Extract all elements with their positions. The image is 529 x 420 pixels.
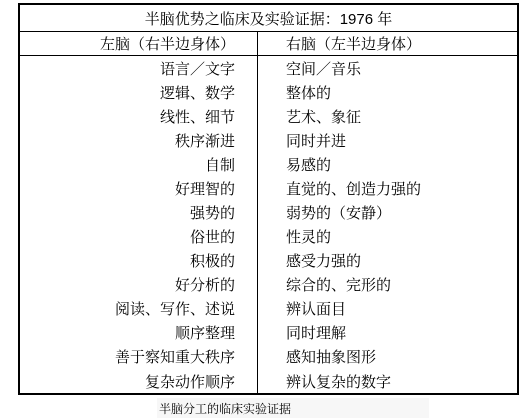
table-row: 善于察知重大秩序感知抽象图形 [20,345,517,369]
table-row: 俗世的性灵的 [20,225,517,249]
right-brain-column-header-cell: 右脑（左半边身体） [258,32,517,55]
right-brain-cell: 综合的、完形的 [258,273,517,297]
table-body: 语言／文字空间／音乐逻辑、数学整体的线性、细节艺术、象征秩序渐进同时并进自制易感… [20,56,517,393]
hemisphere-evidence-table: 半脑优势之临床及实验证据：1976 年 左脑（右半边身体） 右脑（左半边身体） … [18,3,519,395]
right-brain-cell: 感受力强的 [258,249,517,273]
table-row: 复杂动作顺序辨认复杂的数字 [20,369,517,393]
right-brain-cell: 弱势的（安静） [258,200,517,224]
table-title-row: 半脑优势之临床及实验证据：1976 年 [20,5,517,32]
left-brain-column-header-cell: 左脑（右半边身体） [20,32,258,55]
left-brain-cell: 好分析的 [20,273,258,297]
left-brain-cell: 秩序渐进 [20,128,258,152]
left-brain-cell: 自制 [20,152,258,176]
left-brain-cell: 逻辑、数学 [20,80,258,104]
left-brain-cell: 好理智的 [20,176,258,200]
right-brain-column-header: 右脑（左半边身体） [286,33,421,54]
right-brain-cell: 易感的 [258,152,517,176]
right-brain-cell: 直觉的、创造力强的 [258,176,517,200]
table-row: 语言／文字空间／音乐 [20,56,517,80]
right-brain-cell: 同时并进 [258,128,517,152]
table-row: 强势的弱势的（安静） [20,200,517,224]
table-header-row: 左脑（右半边身体） 右脑（左半边身体） [20,32,517,56]
left-brain-cell: 强势的 [20,200,258,224]
right-brain-cell: 艺术、象征 [258,104,517,128]
right-brain-cell: 辨认复杂的数字 [258,369,517,393]
left-brain-cell: 俗世的 [20,225,258,249]
right-brain-cell: 辨认面目 [258,297,517,321]
left-brain-cell: 复杂动作顺序 [20,369,258,393]
table-row: 顺序整理同时理解 [20,321,517,345]
left-brain-cell: 阅读、写作、述说 [20,297,258,321]
right-brain-cell: 同时理解 [258,321,517,345]
left-brain-cell: 语言／文字 [20,56,258,80]
left-brain-column-header: 左脑（右半边身体） [100,33,235,54]
left-brain-cell: 顺序整理 [20,321,258,345]
table-row: 好分析的综合的、完形的 [20,273,517,297]
table-row: 逻辑、数学整体的 [20,80,517,104]
right-brain-cell: 性灵的 [258,225,517,249]
table-caption: 半脑分工的临床实验证据 [157,400,291,417]
right-brain-cell: 整体的 [258,80,517,104]
table-row: 阅读、写作、述说辨认面目 [20,297,517,321]
table-row: 线性、细节艺术、象征 [20,104,517,128]
table-row: 秩序渐进同时并进 [20,128,517,152]
left-brain-cell: 积极的 [20,249,258,273]
table-row: 自制易感的 [20,152,517,176]
left-brain-cell: 善于察知重大秩序 [20,345,258,369]
right-brain-cell: 感知抽象图形 [258,345,517,369]
table-row: 积极的感受力强的 [20,249,517,273]
table-row: 好理智的直觉的、创造力强的 [20,176,517,200]
table-title: 半脑优势之临床及实验证据：1976 年 [145,8,393,29]
left-brain-cell: 线性、细节 [20,104,258,128]
right-brain-cell: 空间／音乐 [258,56,517,80]
table-caption-band: 半脑分工的临床实验证据 [157,398,429,418]
